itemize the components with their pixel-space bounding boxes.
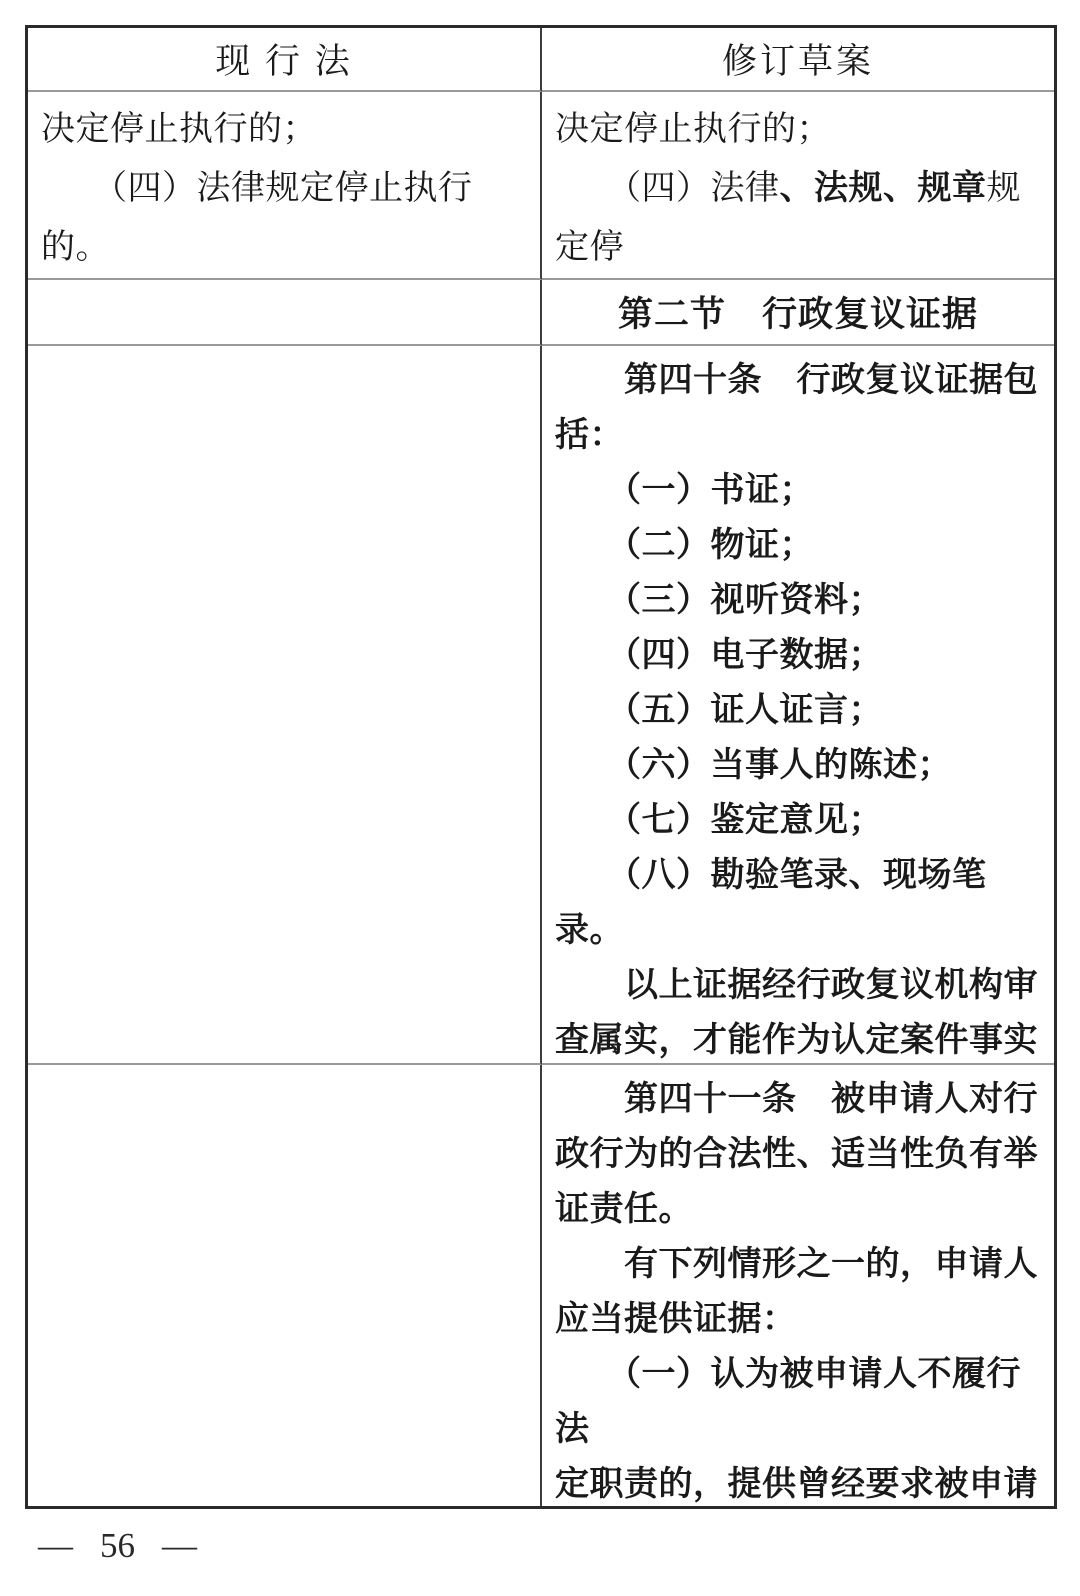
footer-dash-left: —: [38, 1526, 73, 1566]
cell-current-law-article-stop-execution: 决定停止执行的； （四）法律规定停止执行的。: [28, 92, 542, 280]
cell-draft-article-41: 第四十一条 被申请人对行 政行为的合法性、适当性负有举 证责任。 有下列情形之一…: [542, 1065, 1054, 1506]
header-current-law: 现 行 法: [28, 28, 542, 92]
cell-current-law-empty-1: [28, 280, 542, 346]
header-revision-draft: 修订草案: [542, 28, 1054, 92]
law-comparison-table: 现 行 法 修订草案 决定停止执行的； （四）法律规定停止执行的。 决定停止执行…: [25, 25, 1057, 1509]
footer-dash-right: —: [162, 1526, 197, 1566]
page-footer: — 56 —: [38, 1526, 197, 1566]
cell-current-law-empty-3: [28, 1065, 542, 1506]
page-number: 56: [100, 1526, 135, 1566]
cell-current-law-empty-2: [28, 346, 542, 1065]
section-heading-evidence: 第二节 行政复议证据: [542, 280, 1054, 346]
bold-insertion-fagui-guizhang: 、法规、规章: [780, 169, 987, 207]
draft-row1-line2: （四）法律、法规、规章规定停: [555, 159, 1041, 277]
draft-row1-line1: 决定停止执行的；: [555, 100, 1041, 159]
cell-draft-article-stop-execution: 决定停止执行的； （四）法律、法规、规章规定停 止执行的。: [542, 92, 1054, 280]
cell-draft-article-40: 第四十条 行政复议证据包 括： （一）书证； （二）物证； （三）视听资料； （…: [542, 346, 1054, 1065]
